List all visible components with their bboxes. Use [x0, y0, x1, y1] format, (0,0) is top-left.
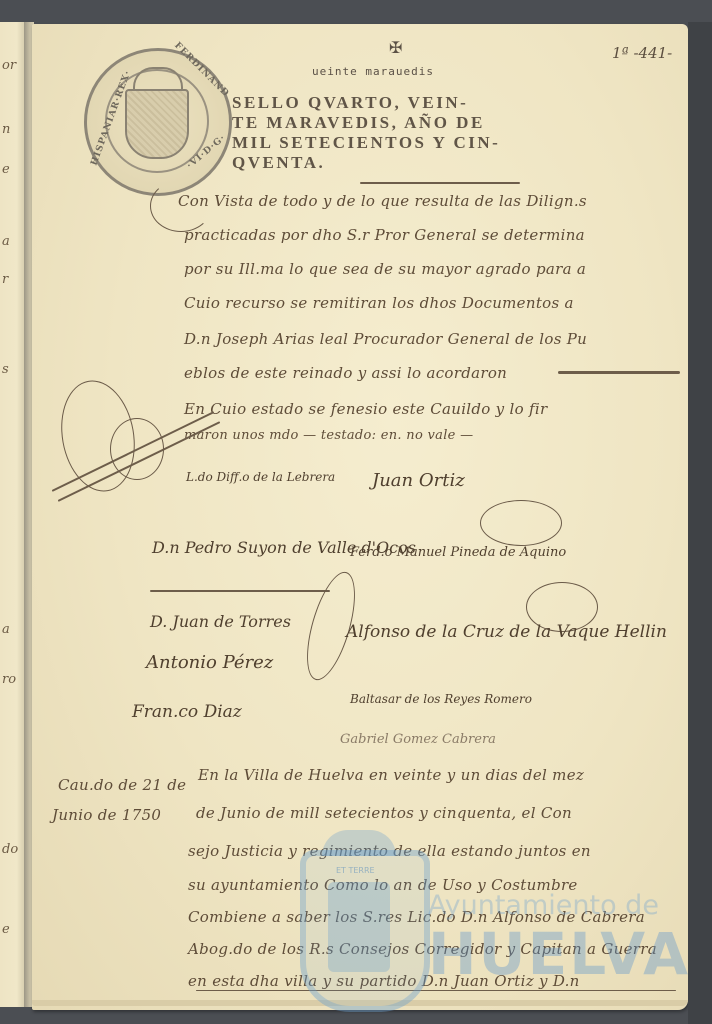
signature: L.do Diff.o de la Lebrera	[186, 470, 335, 484]
signature-flourish	[480, 500, 562, 546]
stamp-title-line: MIL SETECIENTOS Y CIN-	[232, 133, 500, 153]
act-line: de Junio de mill setecientos y cinquenta…	[196, 804, 572, 822]
stamp-title-line: SELLO QVARTO, VEIN-	[232, 93, 500, 113]
signature: Alfonso de la Cruz de la Vaque Hellin	[346, 622, 667, 642]
left-fragment: or	[2, 58, 16, 73]
act-line: su ayuntamiento Como lo an de Uso y Cost…	[188, 876, 578, 894]
left-fragment: n	[2, 122, 10, 137]
left-fragment: a	[2, 622, 10, 637]
stamp-value-text: ueinte marauedis	[312, 65, 434, 78]
body-line: eblos de este reinado y assi lo acordaro…	[184, 364, 507, 382]
signature: D. Juan de Torres	[150, 612, 291, 631]
adjacent-page: or n e a r s a ro do e	[0, 22, 25, 1007]
body-line: En Cuio estado se fenesio este Cauildo y…	[184, 400, 547, 418]
signature: Baltasar de los Reyes Romero	[350, 692, 532, 706]
act-line: Combiene a saber los S.res Lic.do D.n Al…	[188, 908, 645, 926]
margin-note: Junio de 1750	[52, 806, 161, 824]
folio-mark: 1ª	[612, 44, 629, 62]
margin-note: Cau.do de 21 de	[58, 776, 186, 794]
page-edge	[32, 1000, 688, 1006]
body-line: por su Ill.ma lo que sea de su mayor agr…	[184, 260, 586, 278]
body-line: practicadas por dho S.r Pror General se …	[184, 226, 585, 244]
coat-of-arms-icon	[125, 89, 189, 159]
signature-underline	[150, 590, 330, 592]
act-line: sejo Justicia y regimiento de ella estan…	[188, 842, 591, 860]
background-shadow	[688, 22, 712, 1024]
stamp-rule	[360, 182, 520, 184]
left-fragment: do	[2, 842, 18, 857]
cross-icon: ✠	[389, 38, 402, 57]
left-fragment: s	[2, 362, 9, 377]
left-fragment: e	[2, 162, 10, 177]
folio-number: 1ª -441-	[612, 44, 672, 62]
royal-seal-stamp: FERDINAND HISPANIAR·REX· ·VI·D·G·	[84, 48, 232, 196]
crown-icon	[133, 67, 183, 91]
stamp-title: SELLO QVARTO, VEIN- TE MARAVEDIS, AÑO DE…	[232, 93, 500, 173]
left-fragment: ro	[2, 672, 16, 687]
act-line: En la Villa de Huelva en veinte y un dia…	[198, 766, 584, 784]
signature: Antonio Pérez	[146, 652, 273, 673]
body-line: maron unos mdo — testado: en. no vale —	[184, 428, 473, 443]
stamp-title-line: TE MARAVEDIS, AÑO DE	[232, 113, 500, 133]
left-fragment: e	[2, 922, 10, 937]
bottom-rule	[196, 990, 676, 991]
body-line: D.n Joseph Arias leal Procurador General…	[184, 330, 587, 348]
stamp-title-line: QVENTA.	[232, 153, 500, 173]
act-line: en esta dha villa y su partido D.n Juan …	[188, 972, 580, 990]
signature: Gabriel Gomez Cabrera	[340, 732, 496, 747]
signature: Ferd.o Manuel Pineda de Aquino	[350, 545, 566, 560]
body-line: Cuio recurso se remitiran los dhos Docum…	[184, 294, 574, 312]
line-filler-rule	[558, 371, 680, 374]
body-line: Con Vista de todo y de lo que resulta de…	[178, 192, 587, 210]
left-fragment: r	[2, 272, 8, 287]
signature: Juan Ortiz	[372, 470, 465, 491]
folio-value: -441-	[633, 44, 672, 62]
act-line: Abog.do de los R.s Consejos Corregidor y…	[188, 940, 657, 958]
left-fragment: a	[2, 234, 10, 249]
signature: Fran.co Diaz	[132, 702, 242, 722]
